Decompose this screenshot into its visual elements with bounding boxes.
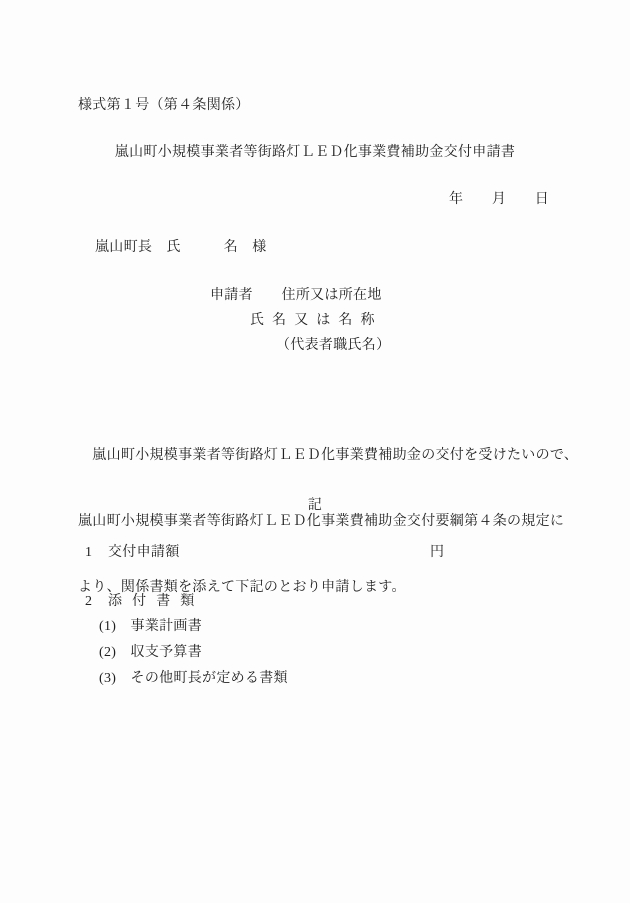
form-number: 様式第１号（第４条関係） [78, 96, 250, 116]
applicant-address-label: 住所又は所在地 [282, 288, 382, 303]
record-marker: 記 [0, 496, 630, 516]
attachment-item-business-plan: (1) 事業計画書 [99, 617, 202, 637]
body-paragraph-line: 嵐山町小規模事業者等街路灯ＬＥＤ化事業費補助金の交付を受けたいので、 [78, 443, 568, 469]
document-title: 嵐山町小規模事業者等街路灯ＬＥＤ化事業費補助金交付申請書 [0, 143, 630, 163]
item-1-amount-unit: 円 [430, 543, 444, 563]
item-1-number: 1 [85, 543, 92, 563]
attachment-item-budget: (2) 収支予算書 [99, 643, 202, 663]
addressee-line: 嵐山町長 氏 名 様 [95, 238, 267, 258]
applicant-gap [253, 288, 282, 303]
item-2-number: 2 [85, 592, 92, 612]
attachment-item-other-documents: (3) その他町長が定める書類 [99, 669, 288, 689]
item-1-label: 交付申請額 [108, 543, 180, 563]
applicant-label: 申請者 [210, 288, 253, 303]
date-line: 年 月 日 [449, 190, 549, 210]
item-2-label: 添 付 書 類 [108, 592, 195, 612]
applicant-address-row: 申請者 住所又は所在地 [210, 286, 382, 306]
applicant-representative-label: （代表者職氏名） [276, 336, 390, 356]
applicant-name-label: 氏 名 又 は 名 称 [250, 311, 375, 331]
application-form-page: 様式第１号（第４条関係） 嵐山町小規模事業者等街路灯ＬＥＤ化事業費補助金交付申請… [0, 0, 630, 903]
